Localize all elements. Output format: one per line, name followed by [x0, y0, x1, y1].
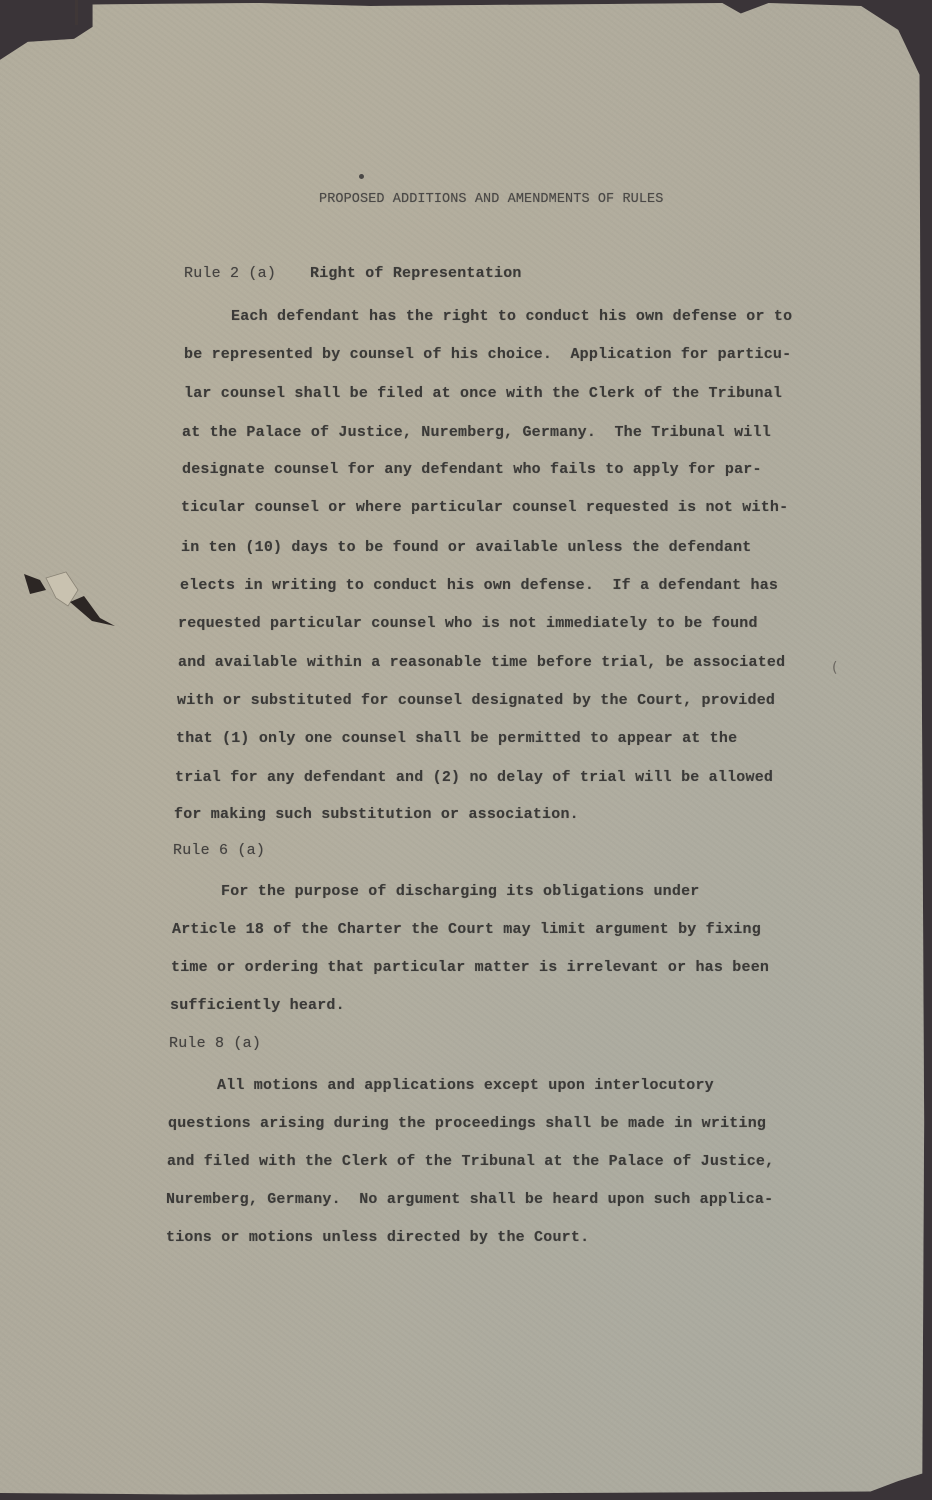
rule-2a-line: elects in writing to conduct his own def…	[180, 577, 778, 594]
rule-2a-line: lar counsel shall be filed at once with …	[184, 385, 782, 402]
rule-6a-line: time or ordering that particular matter …	[171, 959, 769, 976]
rule-8a-line: and filed with the Clerk of the Tribunal…	[167, 1153, 774, 1170]
rule-2a-line: that (1) only one counsel shall be permi…	[176, 730, 737, 747]
rule-6a-line: For the purpose of discharging its oblig…	[221, 883, 699, 900]
paper-sheet	[0, 0, 926, 1496]
rule-8a-line: All motions and applications except upon…	[217, 1077, 714, 1094]
rule-6a-line: Article 18 of the Charter the Court may …	[172, 921, 761, 938]
rule-2a-line: ticular counsel or where particular coun…	[181, 499, 788, 516]
rule-2a-line: in ten (10) days to be found or availabl…	[181, 539, 752, 556]
paper-tear-icon	[22, 566, 117, 628]
rule-2a-line: for making such substitution or associat…	[174, 806, 579, 823]
rule-2a-line: with or substituted for counsel designat…	[177, 692, 775, 709]
paper-texture	[0, 0, 926, 1496]
ink-dot	[359, 174, 364, 179]
rule-2a-subheading: Right of Representation	[310, 265, 522, 282]
document-title: PROPOSED ADDITIONS AND AMENDMENTS OF RUL…	[319, 192, 663, 207]
rule-2a-line: trial for any defendant and (2) no delay…	[175, 769, 773, 786]
rule-2a-line: and available within a reasonable time b…	[178, 654, 785, 671]
rule-6a-line: sufficiently heard.	[170, 997, 345, 1014]
rule-8a-heading: Rule 8 (a)	[169, 1035, 261, 1052]
rule-2a-heading: Rule 2 (a)	[184, 265, 276, 282]
rule-2a-line: Each defendant has the right to conduct …	[231, 308, 792, 325]
rule-2a-line: be represented by counsel of his choice.…	[184, 346, 791, 363]
rule-2a-line: at the Palace of Justice, Nuremberg, Ger…	[182, 424, 771, 441]
document-scan: PROPOSED ADDITIONS AND AMENDMENTS OF RUL…	[0, 0, 932, 1500]
rule-8a-line: Nuremberg, Germany. No argument shall be…	[166, 1191, 773, 1208]
rule-6a-heading: Rule 6 (a)	[173, 842, 265, 859]
rule-8a-line: tions or motions unless directed by the …	[166, 1229, 589, 1246]
rule-8a-line: questions arising during the proceedings…	[168, 1115, 766, 1132]
margin-mark: (	[832, 660, 837, 676]
corner-crease	[75, 0, 78, 25]
rule-2a-line: requested particular counsel who is not …	[178, 615, 758, 632]
rule-2a-line: designate counsel for any defendant who …	[182, 461, 762, 478]
